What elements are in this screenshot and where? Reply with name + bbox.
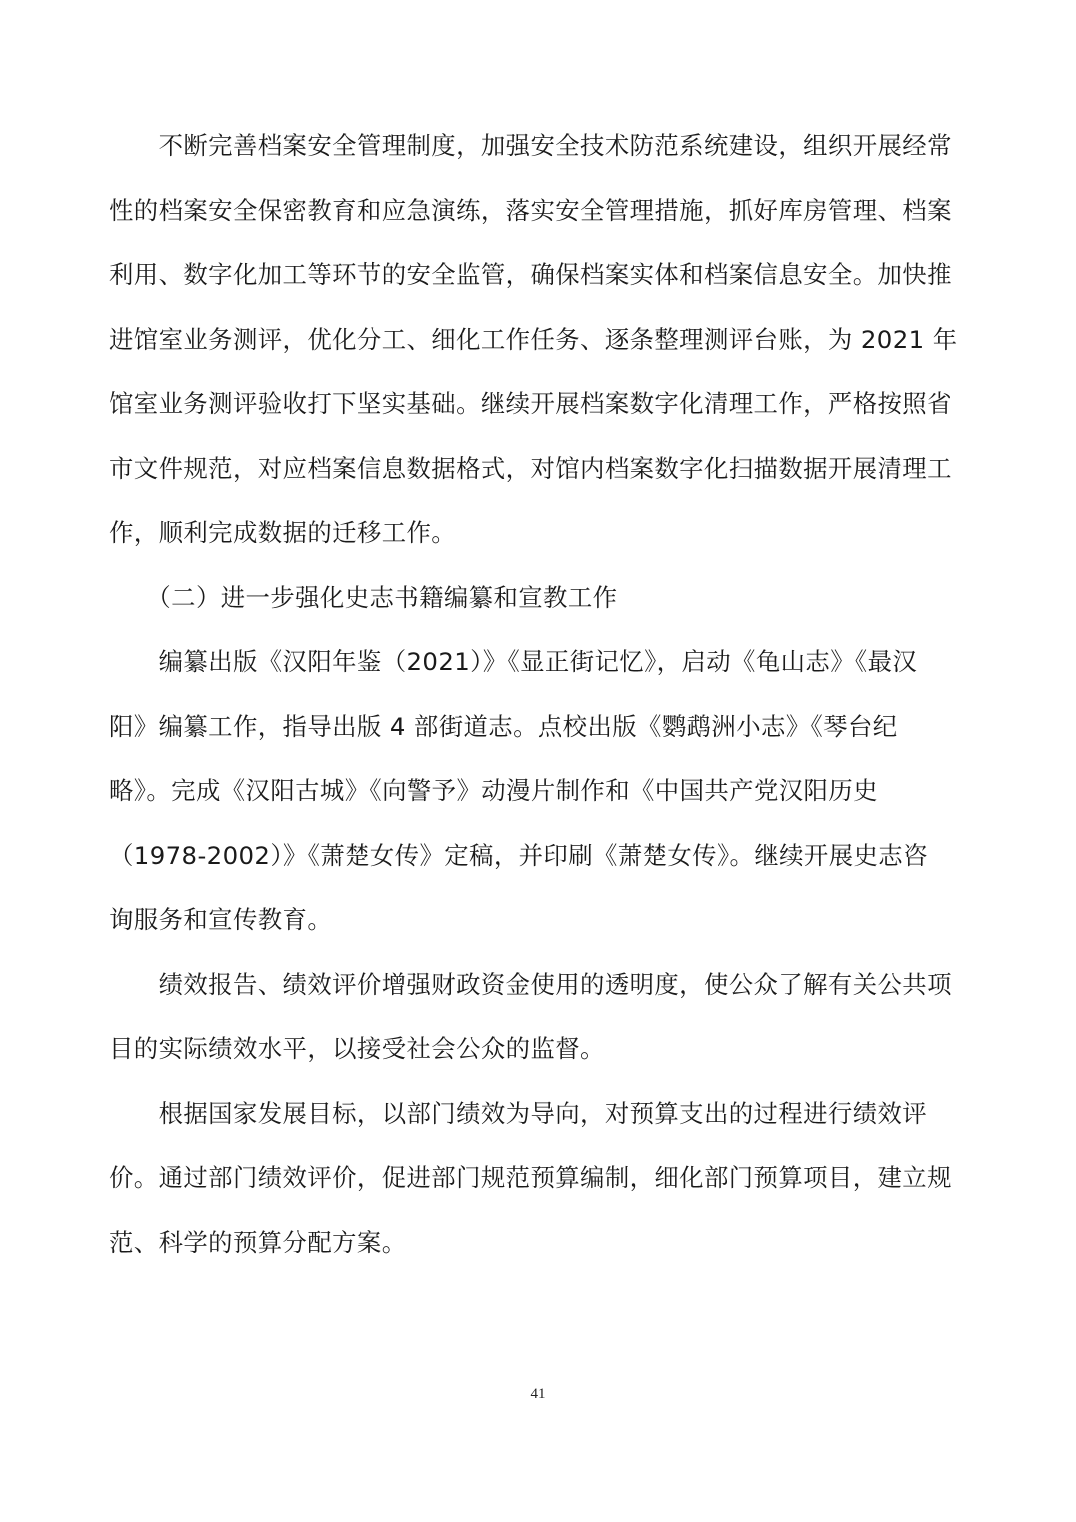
- text-line: 价。通过部门绩效评价，促进部门规范预算编制，细化部门预算项目，建立规: [109, 1156, 965, 1221]
- text-line: 作，顺利完成数据的迁移工作。: [109, 511, 965, 576]
- text-line: 目的实际绩效水平，以接受社会公众的监督。: [109, 1027, 965, 1092]
- text-line: 绩效报告、绩效评价增强财政资金使用的透明度，使公众了解有关公共项: [109, 963, 965, 1028]
- text-line: 编纂出版《汉阳年鉴（2021）》《显正街记忆》，启动《龟山志》《最汉: [109, 640, 965, 705]
- text-line: 阳》编纂工作，指导出版 4 部街道志。点校出版《鹦鹉洲小志》《琴台纪: [109, 705, 965, 770]
- text-line: 根据国家发展目标，以部门绩效为导向，对预算支出的过程进行绩效评: [109, 1092, 965, 1157]
- text-line: 范、科学的预算分配方案。: [109, 1221, 965, 1286]
- text-line: 市文件规范，对应档案信息数据格式，对馆内档案数字化扫描数据开展清理工: [109, 447, 965, 512]
- text-line: （1978-2002）》《萧楚女传》定稿，并印刷《萧楚女传》。继续开展史志咨: [109, 834, 965, 899]
- text-line: 馆室业务测评验收打下坚实基础。继续开展档案数字化清理工作，严格按照省: [109, 382, 965, 447]
- section-heading: （二）进一步强化史志书籍编纂和宣教工作: [109, 576, 965, 641]
- text-line: 略》。完成《汉阳古城》《向警予》动漫片制作和《中国共产党汉阳历史: [109, 769, 965, 834]
- text-line: 进馆室业务测评，优化分工、细化工作任务、逐条整理测评台账，为 2021 年: [109, 318, 965, 383]
- text-line: 性的档案安全保密教育和应急演练，落实安全管理措施，抓好库房管理、档案: [109, 189, 965, 254]
- text-line: 询服务和宣传教育。: [109, 898, 965, 963]
- page-number: 41: [0, 1386, 1076, 1403]
- text-line: 不断完善档案安全管理制度，加强安全技术防范系统建设，组织开展经常: [109, 124, 965, 189]
- body-text: 不断完善档案安全管理制度，加强安全技术防范系统建设，组织开展经常 性的档案安全保…: [109, 124, 965, 1285]
- document-page: 不断完善档案安全管理制度，加强安全技术防范系统建设，组织开展经常 性的档案安全保…: [0, 0, 1076, 1522]
- text-line: 利用、数字化加工等环节的安全监管，确保档案实体和档案信息安全。加快推: [109, 253, 965, 318]
